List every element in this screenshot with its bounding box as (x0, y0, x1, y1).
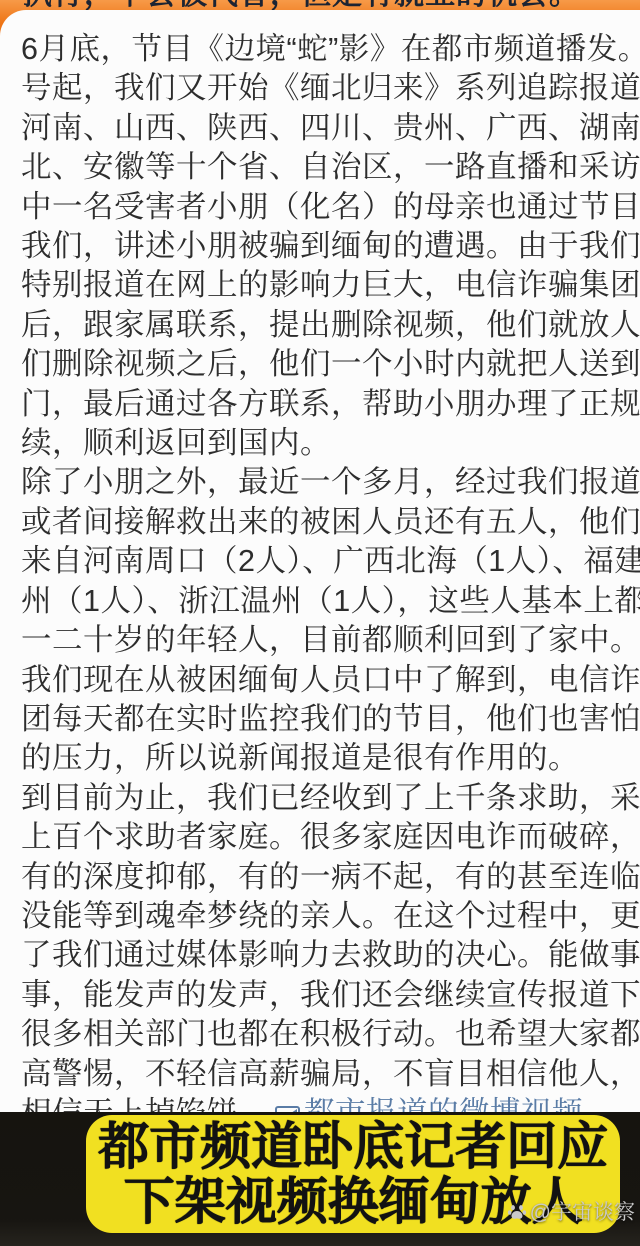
article-line: 来自河南周口（2人）、广西北海（1人）、福建福 (21, 542, 640, 581)
article-line: 河南、山西、陕西、四川、贵州、广西、湖南、湖 (21, 109, 640, 148)
article-line: 到目前为止，我们已经收到了上千条求助，采访了 (21, 779, 640, 818)
clipped-highlight-line: 执行，不会被代替，但是有就业的机会。 (22, 0, 640, 10)
article-line: 除了小朋之外，最近一个多月，经过我们报道直接 (21, 463, 640, 502)
article-lines: 6月底，节目《边境“蛇”影》在都市频道播发。7月号起，我们又开始《缅北归来》系列… (21, 30, 640, 1094)
article-line: 们删除视频之后，他们一个小时内就把人送到了国 (21, 345, 640, 384)
watermark-label: @宇宙谈察 (530, 1201, 635, 1225)
video-thumbnail[interactable]: 都市频道卧底记者回应 下架视频换缅甸放人 @宇宙谈察 (0, 1112, 640, 1246)
watermark: @宇宙谈察 (507, 1201, 635, 1225)
article-line: 团每天都在实时监控我们的节目，他们也害怕舆论 (21, 700, 640, 739)
article-line: 门，最后通过各方联系，帮助小朋办理了正规的手 (21, 385, 640, 424)
article-line: 中一名受害者小朋（化名）的母亲也通过节目求助 (21, 188, 640, 227)
article-body: 6月底，节目《边境“蛇”影》在都市频道播发。7月号起，我们又开始《缅北归来》系列… (21, 30, 640, 1133)
article-line: 号起，我们又开始《缅北归来》系列追踪报道，涉 (21, 69, 640, 108)
article-line: 6月底，节目《边境“蛇”影》在都市频道播发。7月 (21, 30, 640, 69)
article-line: 上百个求助者家庭。很多家庭因电诈而破碎，他们 (21, 818, 640, 857)
article-line: 特别报道在网上的影响力巨大，电信诈骗集团看到 (21, 266, 640, 305)
article-line: 很多相关部门也都在积极行动。也希望大家都能提 (21, 1015, 640, 1054)
video-title-line1: 都市频道卧底记者回应 (98, 1119, 608, 1174)
article-line: 有的深度抑郁，有的一病不起，有的甚至连临终都 (21, 858, 640, 897)
article-line: 高警惕，不轻信高薪骗局，不盲目相信他人，不要 (21, 1055, 640, 1094)
article-line: 事，能发声的发声，我们还会继续宣传报道下去， (21, 976, 640, 1015)
paw-icon (507, 1203, 527, 1223)
article-line: 我们，讲述小朋被骗到缅甸的遭遇。由于我们这次 (21, 227, 640, 266)
article-line: 或者间接解救出来的被困人员还有五人，他们分别 (21, 503, 640, 542)
article-line: 我们现在从被困缅甸人员口中了解到，电信诈骗集 (21, 661, 640, 700)
article-line: 没能等到魂牵梦绕的亲人。在这个过程中，更坚定 (21, 897, 640, 936)
article-line: 一二十岁的年轻人，目前都顺利回到了家中。 (21, 621, 640, 660)
clipped-highlight-text: 执行，不会被代替，但是有就业的机会。 (22, 0, 640, 10)
article-line: 北、安徽等十个省、自治区，一路直播和采访。其 (21, 148, 640, 187)
article-line: 后，跟家属联系，提出删除视频，他们就放人。我 (21, 306, 640, 345)
article-line: 续，顺利返回到国内。 (21, 424, 640, 463)
article-line: 州（1人）、浙江温州（1人），这些人基本上都是 (21, 582, 640, 621)
article-line: 的压力，所以说新闻报道是很有作用的。 (21, 739, 640, 778)
article-line: 了我们通过媒体影响力去救助的决心。能做事的做 (21, 936, 640, 975)
